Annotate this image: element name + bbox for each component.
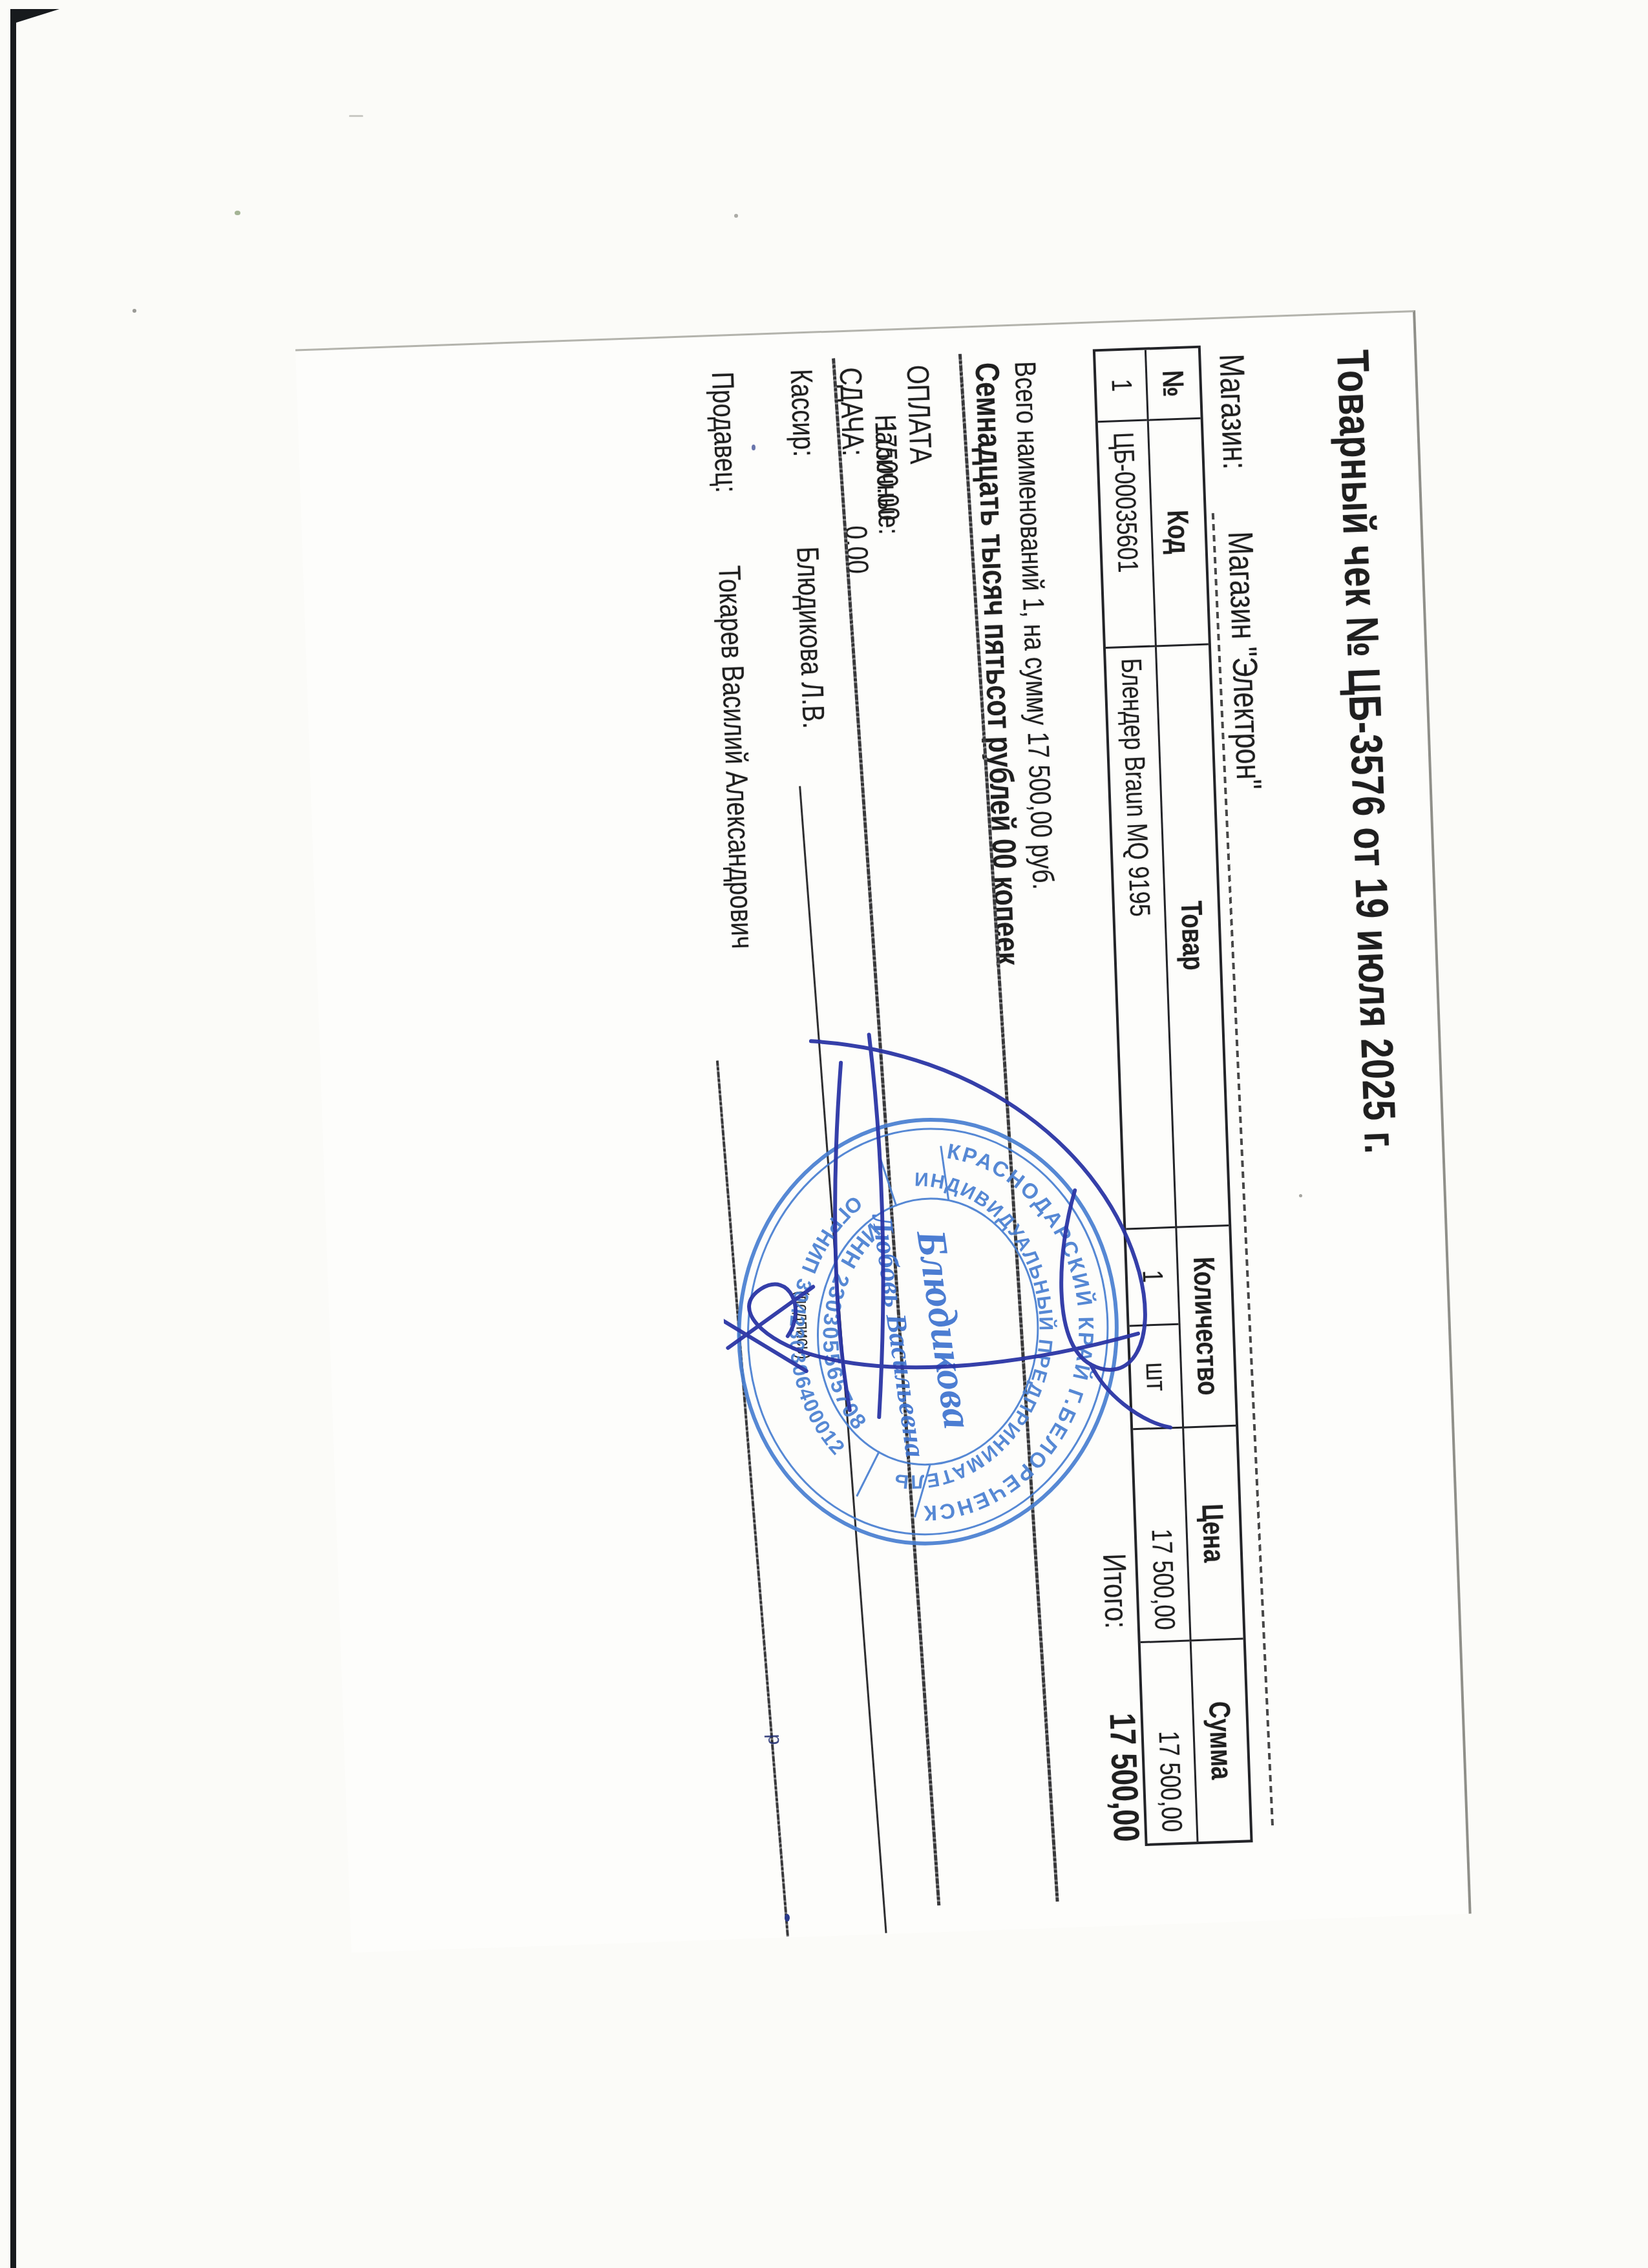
stray-ink-mark: р bbox=[763, 1734, 786, 1745]
ink-speck bbox=[785, 1914, 790, 1922]
dust-speck bbox=[734, 214, 738, 218]
scanner-edge-wedge bbox=[14, 9, 59, 23]
scanned-receipt-page: { "receipt": { "title": "Товарный чек № … bbox=[0, 0, 1648, 2268]
cashier-label: Кассир: bbox=[783, 368, 823, 479]
col-header-sum: Сумма bbox=[1190, 1640, 1251, 1842]
cash-line: Наличные: 17500.00 bbox=[868, 414, 903, 424]
seller-label: Продавец: bbox=[704, 372, 745, 524]
scan-smudge bbox=[349, 115, 363, 117]
shop-label: Магазин: bbox=[1211, 353, 1256, 499]
cashier-name: Блюдикова Л.В. bbox=[789, 546, 832, 775]
seller-name: Токарев Василий Александрович bbox=[711, 565, 763, 1045]
dust-speck bbox=[1299, 1194, 1302, 1197]
handwritten-signature bbox=[712, 966, 1221, 1513]
shop-value: Магазин "Электрон" bbox=[1220, 531, 1271, 855]
total-value: 17 500,00 bbox=[1099, 1654, 1148, 1842]
receipt-title: Товарный чек № ЦБ-3576 от 19 июля 2025 г… bbox=[1327, 349, 1413, 1356]
cell-num: 1 bbox=[1095, 350, 1147, 423]
scanner-edge-strip bbox=[10, 9, 16, 2268]
col-header-code: Код bbox=[1147, 419, 1209, 647]
dust-speck-green bbox=[235, 211, 240, 215]
ink-speck-small bbox=[752, 445, 755, 450]
receipt-paper: Товарный чек № ЦБ-3576 от 19 июля 2025 г… bbox=[295, 310, 1472, 1953]
cell-code: ЦБ-00035601 bbox=[1098, 421, 1155, 649]
payment-header: ОПЛАТА bbox=[900, 364, 940, 489]
cell-sum: 17 500,00 bbox=[1141, 1641, 1197, 1843]
dust-speck bbox=[132, 309, 136, 313]
col-header-num: № bbox=[1145, 348, 1201, 421]
